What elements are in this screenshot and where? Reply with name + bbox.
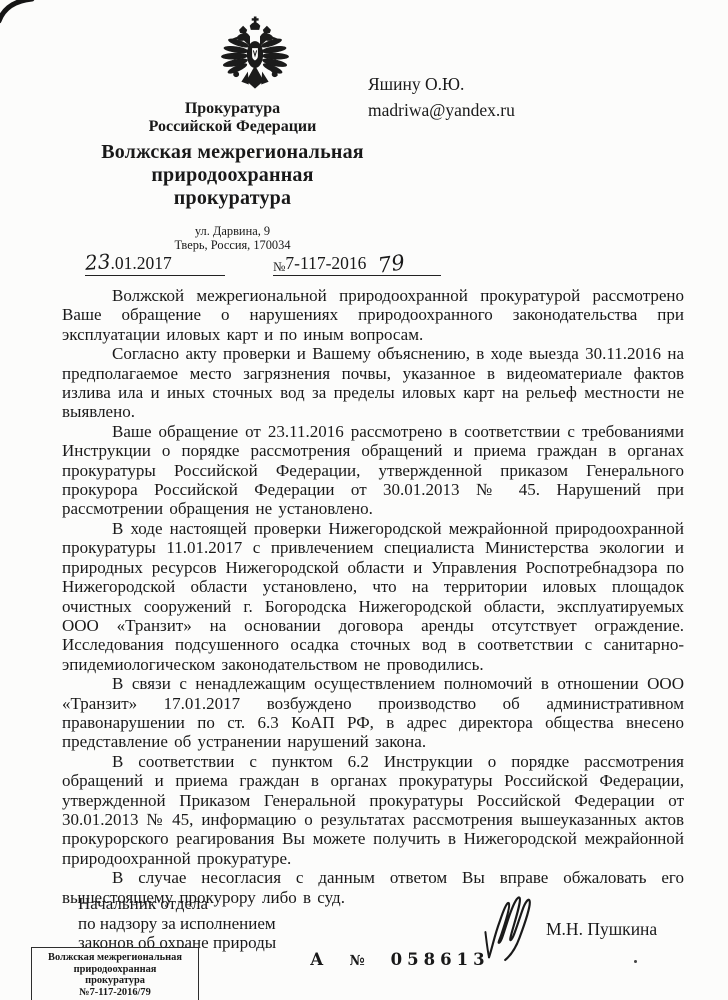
- outgoing-number-field: №7-117-201679: [273, 250, 441, 276]
- paragraph-1: Волжской межрегиональной природоохранной…: [62, 286, 684, 344]
- letter-body: Волжской межрегиональной природоохранной…: [62, 286, 684, 907]
- org-name-line3: прокуратура: [45, 187, 420, 210]
- number-sign: №: [273, 259, 285, 274]
- signer-position-line2: по надзору за исполнением: [78, 914, 276, 934]
- typed-date: .01.2017: [110, 253, 171, 273]
- paragraph-6: В соответствии с пунктом 6.2 Инструкции …: [62, 752, 684, 868]
- address-street: ул. Дарвина, 9: [45, 225, 420, 239]
- paragraph-4: В ходе настоящей проверки Нижегородской …: [62, 519, 684, 674]
- signature-scribble: [480, 876, 552, 962]
- stamp-line2: природоохранная: [32, 964, 198, 976]
- form-number-sign: №: [349, 953, 364, 969]
- scanned-letter-page: Прокуратура Российской Федерации Волжска…: [0, 0, 728, 1000]
- signer-name: М.Н. Пушкина: [546, 919, 657, 940]
- form-number: А№058613: [310, 950, 490, 969]
- org-name-line2: природоохранная: [45, 164, 420, 187]
- stamp-line1: Волжская межрегиональная: [32, 952, 198, 964]
- form-series: А: [310, 950, 323, 969]
- reference-line: 23.01.2017№7-117-201679: [85, 250, 441, 278]
- stamp-line4: №7-117-2016/79: [32, 987, 198, 999]
- recipient-name: Яшину О.Ю.: [368, 74, 515, 94]
- org-title-line1: Прокуратура: [45, 100, 420, 118]
- paragraph-5: В связи с ненадлежащим осуществлением по…: [62, 674, 684, 752]
- handwritten-day: 23: [84, 249, 111, 275]
- letterhead: Прокуратура Российской Федерации Волжска…: [45, 16, 420, 252]
- signer-position-line1: Начальник отдела: [78, 894, 276, 914]
- date-field: 23.01.2017: [85, 250, 225, 276]
- recipient-block: Яшину О.Ю. madriwa@yandex.ru: [368, 74, 515, 120]
- stamp-line3: прокуратура: [32, 975, 198, 987]
- handwritten-number-suffix: 79: [377, 250, 407, 277]
- coat-of-arms-double-eagle-icon: [212, 16, 298, 98]
- org-name-line1: Волжская межрегиональная: [45, 141, 420, 164]
- paragraph-3: Ваше обращение от 23.11.2016 рассмотрено…: [62, 422, 684, 519]
- paragraph-2: Согласно акту проверки и Вашему объяснен…: [62, 344, 684, 422]
- registration-stamp: Волжская межрегиональная природоохранная…: [31, 947, 199, 1000]
- signer-position: Начальник отдела по надзору за исполнени…: [78, 894, 276, 953]
- scan-corner-artifact: [0, 0, 36, 27]
- outgoing-number: 7-117-2016: [285, 253, 366, 273]
- form-digits: 058613: [391, 950, 490, 969]
- ink-dot-artifact: [634, 960, 637, 963]
- org-title-line2: Российской Федерации: [45, 118, 420, 136]
- recipient-email: madriwa@yandex.ru: [368, 100, 515, 120]
